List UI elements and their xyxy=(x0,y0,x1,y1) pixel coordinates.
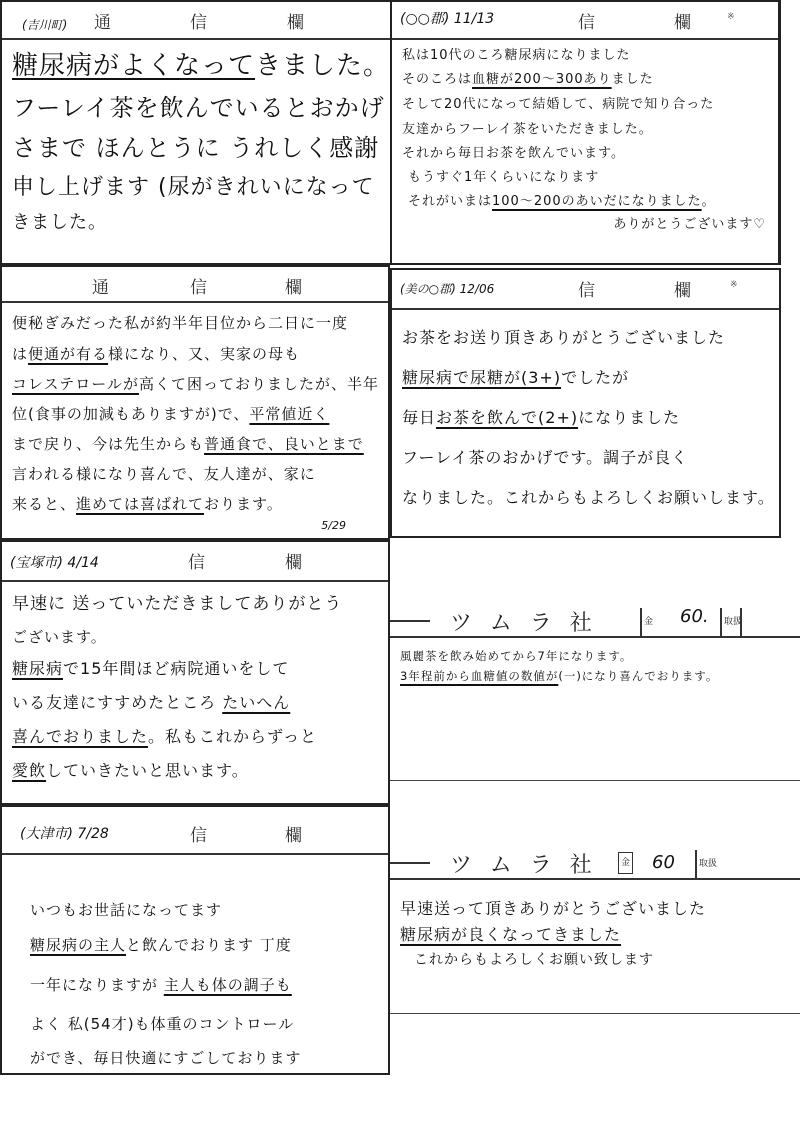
slip-line: 風麗茶を飲み始めてから7年になります。 xyxy=(400,646,794,666)
slip-lead-line xyxy=(390,862,430,864)
letter-line: ございます。 xyxy=(12,622,380,652)
letter-line: フーレイ茶のおかげです。調子が良く xyxy=(402,438,771,478)
underlined-phrase: お茶を飲んで(2+) xyxy=(436,408,578,427)
sender-location-date: (美の○郡) 12/06 xyxy=(400,280,494,297)
letter-line: さまで ほんとうに うれしく感謝 xyxy=(12,128,382,168)
slip-line: これからもよろしくお願い致します xyxy=(400,948,794,972)
letter-line: 一年になりますが 主人も体の調子も xyxy=(30,965,380,1005)
letter-line: 喜んでおりました。私もこれからずっと xyxy=(12,720,380,754)
underlined-phrase: 進めては喜ばれて xyxy=(76,495,204,513)
header-char-shin: 信 xyxy=(578,8,595,33)
underlined-phrase: たいへん xyxy=(222,693,290,712)
amount-value: 60 xyxy=(652,852,675,873)
letter-card-otsu: (大津市) 7/28 信 欄 いつもお世話になってます 糖尿病の主人と飲んでおり… xyxy=(0,805,390,1075)
underlined-phrase: 愛飲 xyxy=(12,761,46,780)
card-header: (○○郡) 11/13 信 欄 ※ xyxy=(392,2,778,40)
letter-card-yoshikawa: (吉川町) 通 信 欄 糖尿病がよくなってきました。 フーレイ茶を飲んでいるとお… xyxy=(0,0,392,265)
letter-line: 糖尿病の主人と飲んでおります 丁度 xyxy=(30,925,380,965)
sender-location: (吉川町) xyxy=(22,16,67,33)
letter-line: 来ると、進めては喜ばれております。 xyxy=(12,489,380,519)
underlined-phrase: 喜んでおりました xyxy=(12,727,148,746)
card-header: (宝塚市) 4/14 信 欄 xyxy=(2,542,388,582)
handling-label: 取扱 xyxy=(720,608,742,636)
transfer-slip-2: ツムラ社 金 60 取扱 早速送って頂きありがとうございました 糖尿病が良くなっ… xyxy=(390,848,800,958)
card-header: 通 信 欄 xyxy=(2,267,388,303)
underlined-phrase: 糖尿病 xyxy=(12,659,63,678)
header-char-tsu: 通 xyxy=(94,8,111,33)
letter-body: お茶をお送り頂きありがとうございました 糖尿病で尿糖が(3+)でしたが 毎日お茶… xyxy=(392,310,779,518)
letter-card-1113: (○○郡) 11/13 信 欄 ※ 私は10代のころ糖尿病になりました そのころ… xyxy=(390,0,781,265)
letter-line: なりました。これからもよろしくお願いします。 xyxy=(402,478,771,518)
slip-header: ツムラ社 金 60 取扱 xyxy=(390,848,800,880)
letter-line: 便秘ぎみだった私が約半年目位から二日に一度 xyxy=(12,307,380,339)
underlined-phrase: 平常値近く xyxy=(249,405,329,423)
header-char-ran: 欄 xyxy=(285,548,302,573)
letter-line: 糖尿病で15年間ほど病院通いをして xyxy=(12,652,380,686)
letter-body: いつもお世話になってます 糖尿病の主人と飲んでおります 丁度 一年になりますが … xyxy=(2,855,388,1073)
letter-line: 毎日お茶を飲んで(2+)になりました xyxy=(402,398,771,438)
underlined-phrase: コレステロールが xyxy=(12,375,139,393)
underlined-phrase: 3年程前から血糖値の数値が xyxy=(400,669,558,683)
slip-lead-line xyxy=(390,620,430,622)
letter-line: 私は10代のころ糖尿病になりました xyxy=(402,44,770,68)
slip-message: 風麗茶を飲み始めてから7年になります。 3年程前から血糖値の数値が(一)になり喜… xyxy=(390,638,800,686)
underlined-phrase: 糖尿病がよくなって xyxy=(12,51,255,81)
letter-line-thanks: ありがとうございます♡ xyxy=(402,214,770,236)
underlined-phrase: 普通食で、良いとまで xyxy=(204,435,364,453)
stamp-mark: ※ xyxy=(727,12,735,22)
stamp-mark: ※ xyxy=(730,280,738,290)
underlined-phrase: 便通が有る xyxy=(28,345,108,363)
header-char-tsu: 通 xyxy=(92,273,109,298)
letter-line: 早速に 送っていただきましてありがとう xyxy=(12,586,380,622)
amount-label: 金 xyxy=(640,608,653,636)
letter-line: 愛飲していきたいと思います。 xyxy=(12,754,380,788)
letter-body: 糖尿病がよくなってきました。 フーレイ茶を飲んでいるとおかげ さまで ほんとうに… xyxy=(2,40,390,238)
card-header: (美の○郡) 12/06 信 欄 ※ xyxy=(392,270,779,310)
underlined-phrase: 糖尿病が良くなってきました xyxy=(400,925,621,944)
slip-line: 早速送って頂きありがとうございました xyxy=(400,896,794,922)
handling-field xyxy=(740,608,744,636)
header-char-ran: 欄 xyxy=(674,8,691,33)
slip-title: ツムラ社 xyxy=(450,848,610,879)
slip-line: 糖尿病が良くなってきました xyxy=(400,922,794,948)
header-char-shin: 信 xyxy=(190,8,207,33)
letter-date: 5/29 xyxy=(321,519,346,532)
letter-line: いる友達にすすめたところ たいへん xyxy=(12,686,380,720)
letter-card-takarazuka: (宝塚市) 4/14 信 欄 早速に 送っていただきましてありがとう ございます… xyxy=(0,540,390,805)
slip-header: ツムラ社 金 60. 取扱 xyxy=(390,606,800,638)
letter-line: それから毎日お茶を飲んでいます。 xyxy=(402,142,770,166)
sender-location-date: (宝塚市) 4/14 xyxy=(10,552,99,572)
slip-line: 3年程前から血糖値の数値が(一)になり喜んでおります。 xyxy=(400,666,794,686)
letter-line: フーレイ茶を飲んでいるとおかげ xyxy=(12,88,382,128)
header-char-ran: 欄 xyxy=(674,276,691,301)
header-char-shin: 信 xyxy=(188,548,205,573)
card-header: (吉川町) 通 信 欄 xyxy=(2,2,390,40)
sender-location-date: (大津市) 7/28 xyxy=(20,823,109,843)
letter-line: きました。 xyxy=(12,208,382,238)
letter-line: もうすぐ1年くらいになります xyxy=(402,166,770,190)
letter-line: コレステロールが高くて困っておりましたが、半年 xyxy=(12,369,380,399)
letter-body: 便秘ぎみだった私が約半年目位から二日に一度 は便通が有る様になり、又、実家の母も… xyxy=(2,303,388,519)
letter-card-529: 通 信 欄 便秘ぎみだった私が約半年目位から二日に一度 は便通が有る様になり、又… xyxy=(0,265,390,540)
amount-value: 60. xyxy=(680,606,709,627)
letter-line: いつもお世話になってます xyxy=(30,895,380,925)
card-header: (大津市) 7/28 信 欄 xyxy=(2,807,388,855)
letter-line: 位(食事の加減もありますが)で、平常値近く xyxy=(12,399,380,429)
letter-body: 早速に 送っていただきましてありがとう ございます。 糖尿病で15年間ほど病院通… xyxy=(2,582,388,788)
letter-line: お茶をお送り頂きありがとうございました xyxy=(402,318,771,358)
letter-line: ができ、毎日快適にすごしております xyxy=(30,1043,380,1073)
letter-line: 友達からフーレイ茶をいただきました。 xyxy=(402,118,770,142)
handling-label: 取扱 xyxy=(695,850,717,878)
letter-line: よく 私(54才)も体重のコントロール xyxy=(30,1005,380,1043)
cut-line xyxy=(390,1013,800,1014)
header-char-shin: 信 xyxy=(578,276,595,301)
sender-location-date: (○○郡) 11/13 xyxy=(400,8,494,28)
underlined-phrase: 糖尿病で尿糖が(3+) xyxy=(402,368,561,387)
underlined-phrase: 100〜200のあいだになりました xyxy=(492,194,702,209)
underlined-phrase: 糖尿病の主人 xyxy=(30,936,126,954)
letter-body: 私は10代のころ糖尿病になりました そのころは血糖が200〜300ありました そ… xyxy=(392,40,778,236)
transfer-slip-1: ツムラ社 金 60. 取扱 風麗茶を飲み始めてから7年になります。 3年程前から… xyxy=(390,606,800,706)
letter-line: それがいまは100〜200のあいだになりました。 xyxy=(402,190,770,214)
cut-line xyxy=(390,780,800,781)
slip-title: ツムラ社 xyxy=(450,606,610,637)
header-char-ran: 欄 xyxy=(285,273,302,298)
letter-card-1206: (美の○郡) 12/06 信 欄 ※ お茶をお送り頂きありがとうございました 糖… xyxy=(390,268,781,538)
amount-label: 金 xyxy=(618,852,633,874)
letter-line: 糖尿病がよくなってきました。 xyxy=(12,44,382,88)
header-char-shin: 信 xyxy=(190,273,207,298)
letter-line: まで戻り、今は先生からも普通食で、良いとまで xyxy=(12,429,380,459)
underlined-phrase: 主人も体の調子も xyxy=(164,976,292,994)
letter-line: そして20代になって結婚して、病院で知り合った xyxy=(402,92,770,118)
slip-message: 早速送って頂きありがとうございました 糖尿病が良くなってきました これからもよろ… xyxy=(390,880,800,972)
underlined-phrase: 血糖が200〜300あり xyxy=(472,72,612,87)
letter-line: 糖尿病で尿糖が(3+)でしたが xyxy=(402,358,771,398)
header-char-ran: 欄 xyxy=(285,821,302,846)
letter-line: 言われる様になり喜んで、友人達が、家に xyxy=(12,459,380,489)
letter-line: は便通が有る様になり、又、実家の母も xyxy=(12,339,380,369)
header-char-ran: 欄 xyxy=(287,8,304,33)
letter-line: そのころは血糖が200〜300ありました xyxy=(402,68,770,92)
letter-line: 申し上げます (尿がきれいになって xyxy=(12,168,382,208)
header-char-shin: 信 xyxy=(190,821,207,846)
